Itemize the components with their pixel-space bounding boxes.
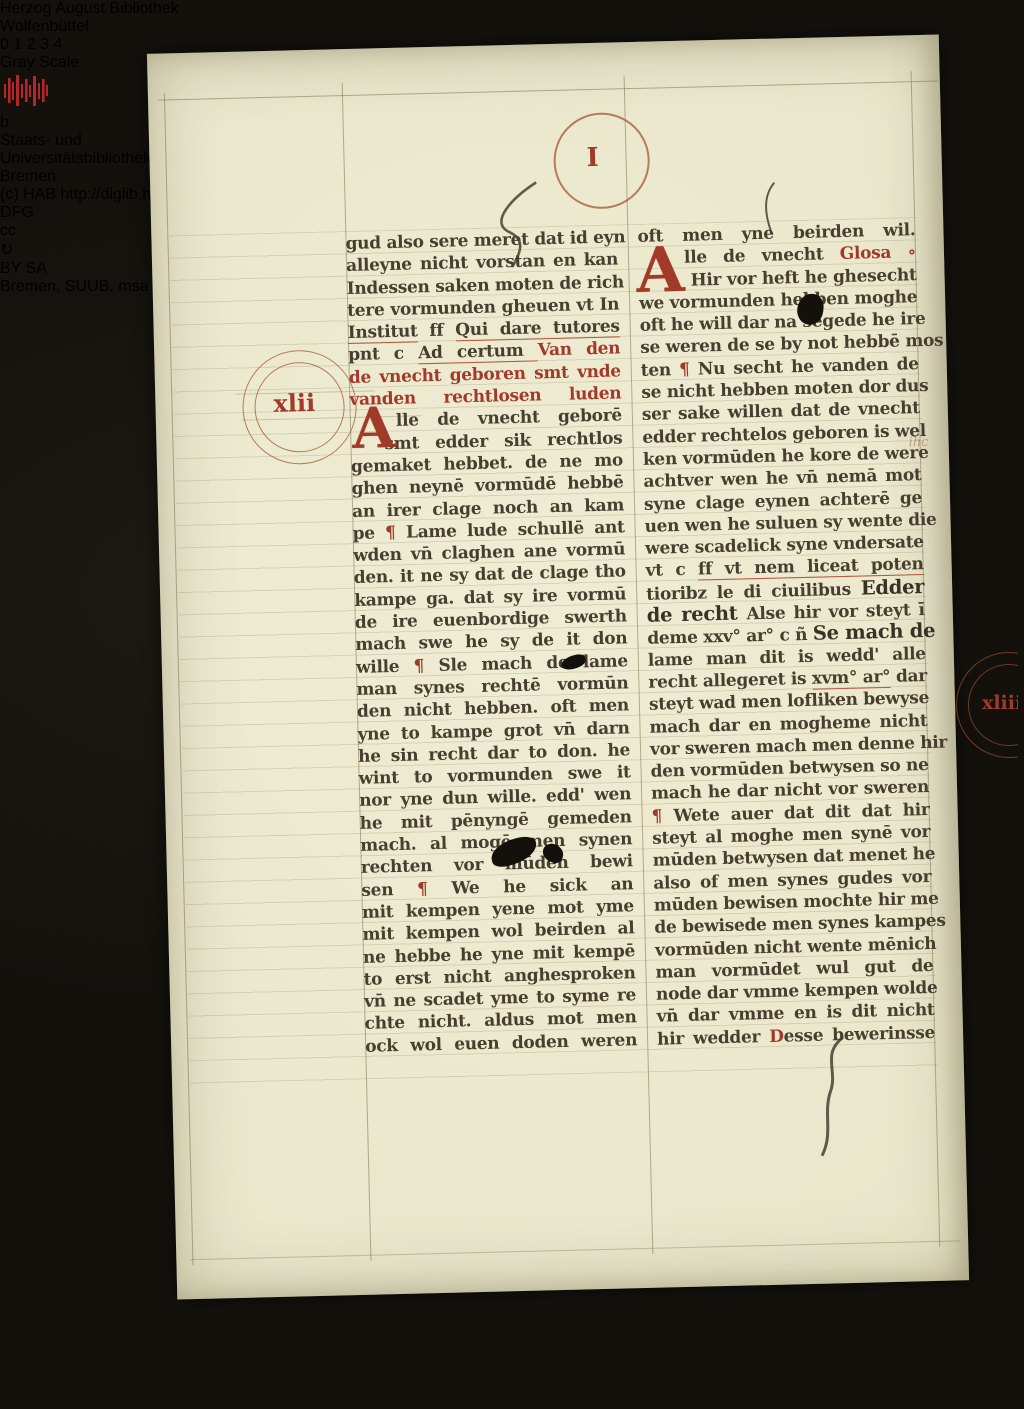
chapter-numeral-xlii: xlii [273,388,315,418]
cc-sa-label: SA [26,260,47,277]
ruler-number-0: 0 [0,36,9,53]
ruler-number-3: 3 [40,36,49,53]
quire-numeral: I [586,143,599,173]
barcode-logo-graphic [0,72,51,109]
margin-note: ihc [908,435,928,450]
manuscript-page: I xlii gud also sere meret dat id eynall… [147,35,969,1300]
book-edge-strip: xliii [936,30,1018,1346]
pen-flourish-bottom [779,1033,866,1161]
ruler-number-2: 2 [27,36,36,53]
scan-photo: I xlii gud also sere meret dat id eynall… [0,0,1024,1409]
initial-A-left: A [351,400,396,457]
ruling-line-bottom [190,1240,960,1260]
ruler-number-1: 1 [13,36,22,53]
initial-A-right: A [636,239,686,302]
text-column-right: oft men yne beirden wil.lle de vnecht Gl… [637,219,935,1051]
cc-by-label: BY [0,260,21,277]
text-column-left: gud also sere meret dat id eynalleyne ni… [345,226,637,1057]
chapter-numeral-xliii: xliii [982,692,1018,714]
library-name-line2: Wolfenbüttel [0,18,1024,36]
ruler-number-4: 4 [53,36,62,53]
library-name-line1: Herzog August Bibliothek [0,0,1024,18]
ruling-line-top [158,81,938,101]
library-name: Herzog August Bibliothek Wolfenbüttel [0,0,1024,36]
quire-mark-circle [552,112,650,210]
